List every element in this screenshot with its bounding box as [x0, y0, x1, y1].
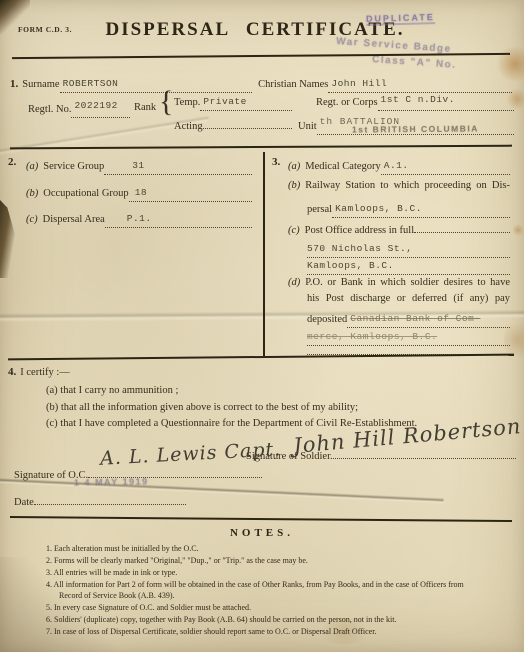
certify-item-b: (b) that all the information given above… — [46, 402, 358, 413]
note-6: 6. Soldiers' (duplicate) copy, together … — [46, 614, 486, 625]
rank-brace: { — [159, 85, 173, 119]
regt-corps-value: 1st C n.Div. — [381, 94, 455, 105]
certify-intro: I certify :— — [20, 367, 70, 378]
oc-signature-handwriting: A. L. Lewis Capt. — [100, 438, 282, 469]
railway-station-field: Kamloops, B.C. — [332, 199, 510, 218]
notes-title: NOTES. — [0, 527, 524, 539]
divider-rule — [10, 516, 512, 522]
christian-names-field: John Hill — [328, 74, 512, 93]
rank-temp-field: Private — [200, 92, 292, 111]
bank-label-line3: deposited — [307, 314, 347, 325]
date-stamp: 1 4 MAY 1919 — [74, 476, 149, 487]
railway-station-label-line1: Railway Station to which proceeding on D… — [305, 180, 510, 191]
war-service-stamp-line2: Class "A" No. — [372, 54, 457, 71]
dispersal-area-label: Dispersal Area — [43, 214, 105, 225]
date-label: Date — [14, 497, 34, 508]
section2c-letter: (c) — [26, 214, 38, 225]
note-5: 5. In every case Signature of O.C. and S… — [46, 602, 486, 613]
occupational-group-label: Occupational Group — [43, 188, 128, 199]
section2a-letter: (a) — [26, 161, 38, 172]
section3a-letter: (a) — [288, 161, 300, 172]
unit-battalion-stamp: 1st BRITISH COLUMBIA — [352, 123, 479, 134]
regtl-no-value: 2022192 — [74, 100, 117, 111]
post-office-address-value2: Kamloops, B.C. — [307, 260, 394, 271]
bank-field: Canadian Bank of Com- — [347, 309, 510, 328]
surname-label: Surname — [22, 79, 59, 90]
rank-acting-field — [203, 117, 292, 129]
note-2: 2. Forms will be clearly marked "Origina… — [46, 555, 486, 566]
certify-item-a: (a) that I carry no ammunition ; — [46, 385, 178, 396]
section3d-letter: (d) — [288, 277, 300, 288]
dispersal-area-value: P.1. — [127, 213, 152, 224]
post-office-address-field — [414, 221, 510, 233]
regtl-no-field: 2022192 — [71, 99, 130, 118]
dispersal-area-field: P.1. — [105, 209, 252, 228]
bank-label-line1: P.O. or Bank in which soldier desires to… — [305, 277, 510, 288]
unit-label: Unit — [298, 121, 317, 132]
paper-edge-tear — [0, 198, 15, 278]
rank-temp-label: Temp. — [174, 97, 200, 108]
service-group-field: 31 — [104, 156, 252, 175]
date-line — [34, 493, 186, 505]
occupational-group-field: 18 — [129, 183, 252, 202]
railway-station-value: Kamloops, B.C. — [335, 203, 422, 214]
post-office-address-label: Post Office address in full — [305, 225, 414, 236]
rank-acting-label: Acting — [174, 121, 203, 132]
divider-rule — [8, 354, 514, 361]
post-office-address-value1: 570 Nicholas St., — [307, 243, 412, 254]
christian-names-label: Christian Names — [258, 79, 328, 90]
regtl-no-label: Regtl. No. — [28, 104, 71, 115]
dispersal-certificate-document: FORM C.D. 3. DISPERSAL CERTIFICATE. DUPL… — [0, 0, 524, 652]
rank-label: Rank — [134, 102, 156, 113]
section3b-letter: (b) — [288, 180, 300, 191]
bank-label-line2: his Post discharge or deferred (if any) … — [307, 293, 510, 304]
section1-number: 1. — [10, 78, 18, 90]
regt-corps-field: 1st C n.Div. — [378, 92, 514, 111]
bank-value-line1: Canadian Bank of Com- — [350, 313, 480, 324]
duplicate-stamp: DUPLICATE — [366, 12, 435, 26]
railway-station-label-line2: persal — [307, 204, 332, 215]
surname-value: ROBERTSON — [63, 78, 119, 89]
rank-temp-value: Private — [203, 96, 246, 107]
stain — [512, 224, 524, 236]
section2-number: 2. — [8, 156, 16, 168]
regt-corps-label: Regt. or Corps — [316, 97, 378, 108]
divider-rule — [10, 145, 512, 150]
note-1: 1. Each alteration must be initialled by… — [46, 543, 486, 554]
medical-category-label: Medical Category — [305, 161, 381, 172]
post-office-address-line2: Kamloops, B.C. — [307, 256, 510, 275]
notes-list: 1. Each alteration must be initialled by… — [46, 543, 486, 638]
surname-field: ROBERTSON — [60, 74, 253, 93]
service-group-label: Service Group — [43, 161, 104, 172]
section3-number: 3. — [272, 156, 280, 168]
christian-names-value: John Hill — [331, 78, 387, 89]
medical-category-field: A.1. — [381, 156, 510, 175]
form-number: FORM C.D. 3. — [18, 25, 72, 34]
medical-category-value: A.1. — [384, 160, 409, 171]
note-7: 7. In case of loss of Dispersal Certific… — [46, 626, 486, 637]
service-group-value: 31 — [132, 160, 144, 171]
note-4: 4. All information for Part 2 of form wi… — [46, 579, 486, 601]
bank-value-line2: merce, Kamloops, B.C. — [307, 331, 437, 342]
note-3: 3. All entries will be made in ink or ty… — [46, 567, 486, 578]
section3c-letter: (c) — [288, 225, 300, 236]
occupational-group-value: 18 — [135, 187, 147, 198]
section2b-letter: (b) — [26, 188, 38, 199]
column-divider — [263, 152, 265, 356]
section4-number: 4. — [8, 366, 16, 378]
